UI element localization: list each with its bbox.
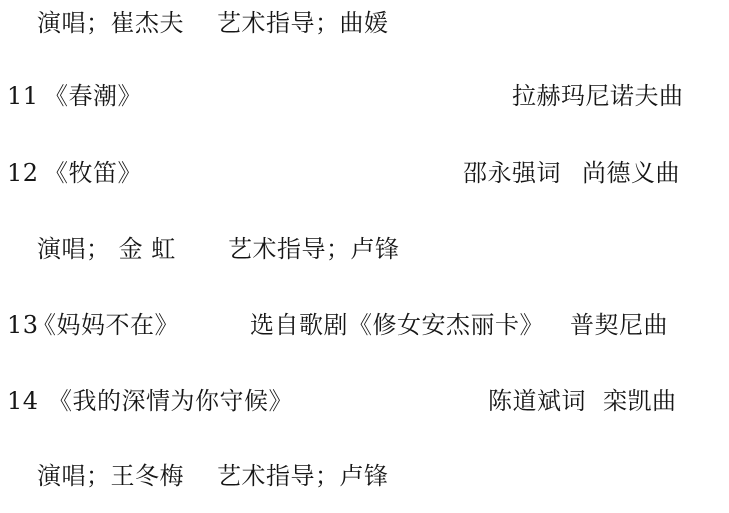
song-source-note: 选自歌剧《修女安杰丽卡》 [250,312,544,340]
composer-credit: 尚德义曲 [582,160,680,188]
art-director-credit: 艺术指导；卢锋 [217,463,389,491]
song-title: 《春潮》 [44,83,142,111]
song-title: 《牧笛》 [44,160,142,188]
song-number: 11 [7,83,39,111]
performer-credit: 演唱；崔杰夫 [37,10,184,38]
art-director-credit: 艺术指导；曲媛 [217,10,389,38]
song-title: 《我的深情为你守候》 [48,388,293,416]
song-number: 14 [7,388,39,416]
song-number: 12 [7,160,39,188]
performer-credit: 演唱； 金 虹 [37,236,176,264]
song-title: 《妈妈不在》 [32,312,179,340]
composer-credit: 拉赫玛尼诺夫曲 [512,83,684,111]
composer-credit: 栾凯曲 [603,388,677,416]
lyricist-credit: 邵永强词 [463,160,561,188]
art-director-credit: 艺术指导；卢锋 [228,236,400,264]
composer-credit: 普契尼曲 [570,312,668,340]
lyricist-credit: 陈道斌词 [488,388,586,416]
program-document-page: 演唱；崔杰夫 艺术指导；曲媛 11 《春潮》 拉赫玛尼诺夫曲 12 《牧笛》 邵… [0,0,729,513]
performer-credit: 演唱；王冬梅 [37,463,184,491]
